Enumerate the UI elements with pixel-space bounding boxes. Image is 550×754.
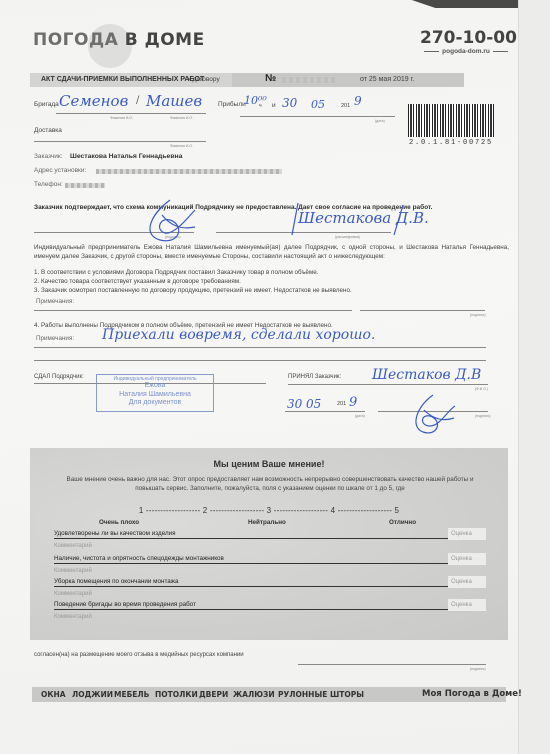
survey-score-4[interactable]: Оценка (448, 599, 486, 611)
gave-label: СДАЛ Подрядчик: (34, 374, 84, 380)
barcode (408, 104, 494, 137)
survey-score-2[interactable]: Оценка (448, 553, 486, 565)
stamp-line-2: Ежова (97, 382, 213, 391)
received-value[interactable]: Шестаков Д.В (372, 367, 481, 383)
contract-label: к договору (188, 76, 220, 83)
brigade-member-1[interactable]: Семенов (59, 92, 128, 110)
company-site: pogoda-dom.ru (420, 48, 512, 55)
footer-item-windows: ОКНА (41, 690, 66, 699)
footer-slogan: Моя Погода в Доме! (422, 689, 522, 699)
footer-item-blinds: ЖАЛЮЗИ (233, 690, 275, 699)
notes-line (34, 310, 352, 311)
survey-question-3: Уборка помещения по окончании монтажа (54, 578, 448, 587)
arrived-month[interactable]: 05 (311, 98, 325, 111)
contract-number-sign: № (265, 73, 276, 84)
brigade-line (56, 113, 206, 114)
handover-year-suffix[interactable]: 9 (349, 395, 357, 410)
customer-decode-brackets (288, 200, 408, 240)
arrived-day[interactable]: 30 (282, 96, 297, 110)
logo-accent-text: В ДОМЕ (125, 30, 205, 50)
preamble-text: Индивидуальный предприниматель Ежова Нат… (34, 243, 509, 261)
notes2-line-2 (34, 360, 486, 361)
handover-date-caption: (дата) (355, 414, 365, 418)
clause-1: 1. В соответствии с условиями Договора П… (34, 268, 318, 277)
consent-sign-line (298, 664, 486, 665)
arrived-year-suffix[interactable]: 9 (354, 94, 362, 108)
delivery-caption: Фамилия И.О. (170, 144, 193, 148)
scale-low-label: Очень плохо (99, 519, 139, 526)
scan-background (518, 0, 550, 754)
footer-item-furniture: МЕБЕЛЬ (114, 690, 149, 699)
address-label: Адрес установки: (34, 167, 86, 174)
survey-question-1: Удовлетворены ли вы качеством изделия (54, 530, 448, 539)
barcode-number: 2.0.1.81-00725 (408, 139, 494, 147)
survey-question-4: Поведение бригады во время проведения ра… (54, 601, 448, 610)
arrived-label: Прибыли (218, 101, 246, 108)
contract-date: от 25 мая 2019 г. (360, 76, 414, 83)
contract-number-redacted (282, 77, 337, 83)
stamp-line-3: Наталия Шамильевна (97, 391, 213, 400)
received-fio-caption: (Ф.И.О.) (475, 387, 488, 391)
clause-3: 3. Заказчик осмотрел поставленную по дог… (34, 286, 352, 295)
survey-comment-2[interactable]: Комментарий (54, 568, 92, 574)
footer-item-loggias: ЛОДЖИИ (72, 690, 113, 699)
received-line (288, 384, 488, 385)
received-label: ПРИНЯЛ Заказчик: (288, 374, 341, 380)
handover-date-line (285, 411, 365, 412)
customer-label: Заказчик: (34, 153, 63, 160)
contractor-stamp: Индивидуальный предприниматель Ежова Нат… (96, 374, 214, 412)
delivery-line (34, 141, 206, 142)
brigade-member-2[interactable]: Машев (146, 92, 202, 110)
arrived-date-caption: (дата) (375, 119, 385, 123)
survey-title: Мы ценим Ваше мнение! (30, 459, 508, 469)
arrived-and: и (272, 102, 276, 109)
clause-2: 2. Качество товара соответствует указанн… (34, 277, 241, 286)
notes-sign-line (360, 310, 485, 311)
customer-signature-2 (408, 392, 458, 437)
survey-score-1[interactable]: Оценка (448, 528, 486, 540)
act-title: АКТ СДАЧИ-ПРИЕМКИ ВЫПОЛНЕННЫХ РАБОТ (41, 76, 204, 83)
footer-item-ceilings: ПОТОЛКИ (155, 690, 198, 699)
notes-label: Примечания: (36, 297, 74, 306)
survey-score-3[interactable]: Оценка (448, 576, 486, 588)
handover-day[interactable]: 30 (287, 397, 302, 411)
logo-text: ПОГОДА (33, 30, 125, 50)
notes2-line-1 (34, 347, 486, 348)
brigade-caption-1: Фамилия И.О. (110, 116, 133, 120)
scale-high-label: Отлично (389, 519, 416, 526)
survey-scale: 1 ------------------- 2 ----------------… (30, 506, 508, 515)
survey-comment-3[interactable]: Комментарий (54, 591, 92, 597)
consent-sign-caption: (подпись) (470, 667, 486, 671)
footer-item-roller-shades: РУЛОННЫЕ ШТОРЫ (278, 690, 364, 699)
survey-comment-4[interactable]: Комментарий (54, 614, 92, 620)
notes2-label: Примечания: (36, 334, 74, 343)
consent-text: согласен(на) на размещение моего отзыва … (34, 652, 244, 658)
scale-mid-label: Нейтрально (248, 519, 286, 526)
arrived-line (240, 116, 395, 117)
brigade-separator: / (136, 95, 139, 106)
arrived-time[interactable]: 10⁰⁰ (244, 94, 267, 107)
brigade-caption-2: Фамилия И.О. (170, 116, 193, 120)
company-logo: ПОГОДА В ДОМЕ (33, 30, 205, 50)
arrived-hours-suffix: ч (259, 103, 262, 109)
notes-sign-caption: (подпись) (470, 313, 486, 317)
phone-redacted (65, 183, 105, 188)
phone-label: Телефон: (34, 181, 63, 188)
survey-intro: Ваше мнение очень важно для нас. Этот оп… (55, 476, 485, 493)
survey-question-2: Наличие, чистота и опрятность спецодежды… (54, 555, 448, 564)
customer-signature-1 (140, 195, 200, 245)
handover-sign-caption: (подпись) (475, 414, 491, 418)
company-phone: 270-10-00 (420, 28, 517, 48)
brigade-label: Бригада (34, 101, 59, 108)
stamp-line-4: Для документов (97, 399, 213, 408)
handover-year-prefix: 201 (337, 401, 346, 407)
delivery-label: Доставка (34, 127, 62, 134)
address-redacted (96, 169, 282, 174)
notes2-value[interactable]: Приехали вовремя, сделали хорошо. (102, 327, 375, 343)
customer-name: Шестакова Наталья Геннадьевна (70, 153, 182, 160)
footer-item-doors: ДВЕРИ (199, 690, 228, 699)
survey-comment-1[interactable]: Комментарий (54, 543, 92, 549)
handover-month[interactable]: 05 (306, 397, 321, 411)
arrived-year-prefix: 201 (341, 103, 350, 109)
